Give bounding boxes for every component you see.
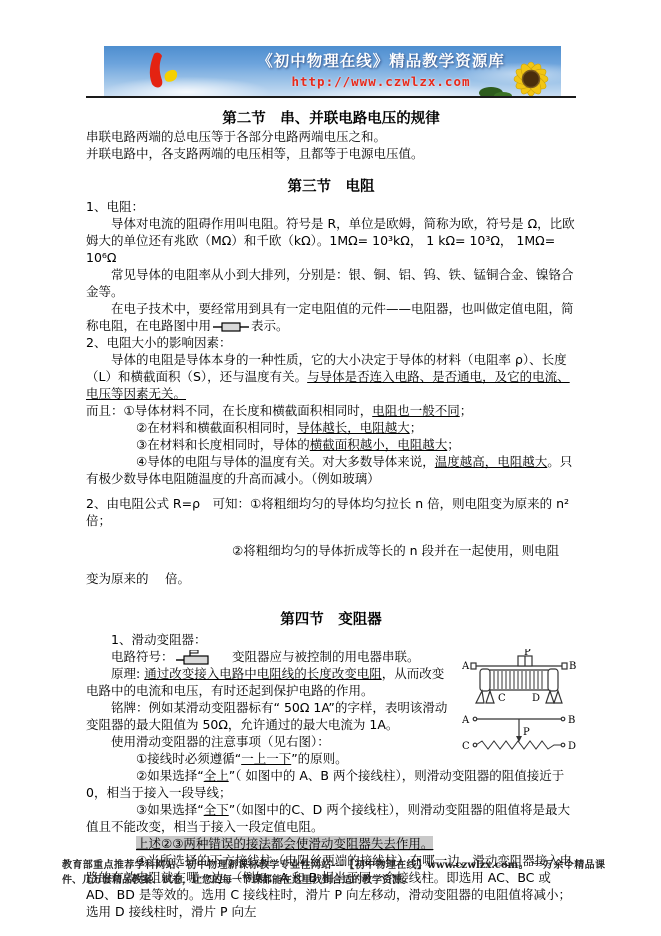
site-logo-icon — [140, 50, 188, 94]
paragraph-text: ④导体的电阻与导体的温度有关。对大多数导体来说， — [136, 454, 435, 469]
list-heading: 1、电阻： — [86, 198, 576, 215]
paragraph-text: 原理: — [111, 666, 144, 681]
list-heading: 1、滑动变阻器： — [86, 631, 576, 648]
list-item: ②如果选择“全上”（ 如图中的 A、B 两个接线柱），则滑动变阻器的阻值接近于0… — [86, 767, 576, 801]
figure-label: D — [532, 693, 540, 704]
paragraph-text: ③在材料和长度相同时，导体的 — [136, 437, 310, 452]
list-item: ③在材料和长度相同时，导体的横截面积越小，电阻越大； — [86, 436, 576, 453]
paragraph-text: ②在材料和横截面积相同时， — [136, 420, 297, 435]
figure-label: P — [524, 649, 531, 658]
list-item: ④导体的电阻与导体的温度有关。对大多数导体来说，温度越高，电阻越大。只有极少数导… — [86, 453, 576, 487]
paragraph-text: 变阻器应与被控制的用电器串联。 — [216, 649, 420, 664]
paragraph-text: ②如果选择“ — [136, 768, 204, 783]
section4-title: 第四节 变阻器 — [86, 611, 576, 629]
paragraph: 导体对电流的阻碍作用叫电阻。符号是 R，单位是欧姆，简称为欧，符号是 Ω，比欧姆… — [86, 215, 576, 266]
underlined-text: 电阻也一般不同 — [372, 403, 460, 418]
underlined-text: 全上 — [204, 768, 229, 783]
figure-label: C — [498, 693, 506, 704]
figure-label: B — [569, 661, 576, 672]
paragraph: 在电子技术中，要经常用到具有一定电阻值的元件——电阻器，也叫做定值电阻，简称电阻… — [86, 300, 576, 334]
paragraph-text: 电路符号： — [111, 649, 174, 664]
resistor-symbol-icon — [213, 322, 249, 332]
underlined-text: 一上一下 — [241, 751, 291, 766]
paragraph-text: ③如果选择“ — [136, 802, 204, 817]
paragraph: 串联电路两端的总电压等于各部分电路两端电压之和。 — [86, 128, 576, 145]
formula-paragraph: 2、由电阻公式 R=ρ 可知：①将粗细均匀的导体均匀拉长 n 倍，则电阻变为原来… — [86, 495, 576, 529]
section3-title: 第三节 电阻 — [86, 178, 576, 196]
figure-label: A — [462, 661, 470, 672]
underlined-text: 温度越高，电阻越大 — [435, 454, 548, 469]
header-rule: 《初中物理在线》精品教学资源库 http://www.czwlzx.com — [86, 46, 576, 98]
page-footer: 教育部重点推荐学科网站、初中物理新课标教学专业性网站---【初中物理在线】www… — [62, 859, 605, 888]
highlighted-note: 上述②③两种错误的接法都会使滑动变阻器失去作用。 — [86, 835, 576, 852]
paragraph-text: 而且：①导体材料不同，在长度和横截面积相同时， — [86, 403, 372, 418]
paragraph-text: ； — [410, 420, 423, 435]
site-banner: 《初中物理在线》精品教学资源库 http://www.czwlzx.com — [104, 46, 561, 96]
paragraph: ②将粗细均匀的导体折成等长的 n 段并在一起使用，则电阻 — [232, 542, 576, 559]
paragraph-text: 表示。 — [251, 318, 289, 333]
document-page: 《初中物理在线》精品教学资源库 http://www.czwlzx.com — [0, 0, 661, 936]
paragraph-text: ①接线时必须遵循“ — [136, 751, 241, 766]
paragraph: 变为原来的 倍。 — [86, 570, 576, 587]
figure-label: B — [568, 715, 575, 726]
paragraph-text: 在电子技术中，要经常用到具有一定电阻值的元件——电阻器，也叫做定值电阻，简称电阻… — [86, 301, 574, 333]
list-item: ③如果选择“全下”（如图中的C、D 两个接线柱），则滑动变阻器的阻值将是最大值且… — [86, 801, 576, 835]
figure-label: A — [462, 715, 470, 726]
highlight-text: 上述②③两种错误的接法都会使滑动变阻器失去作用。 — [136, 836, 433, 851]
underlined-text: 导体越长，电阻越大 — [297, 420, 410, 435]
paragraph: 并联电路中，各支路两端的电压相等，且都等于电源电压值。 — [86, 145, 576, 162]
list-heading: 2、电阻大小的影响因素： — [86, 334, 576, 351]
list-item: ②在材料和横截面积相同时，导体越长，电阻越大； — [86, 419, 576, 436]
paragraph-text: ”的原则。 — [291, 751, 347, 766]
paragraph: 常见导体的电阻率从小到大排列，分别是：银、铜、铝、钨、铁、锰铜合金、镍铬合金等。 — [86, 266, 576, 300]
sunflower-icon — [473, 53, 559, 96]
figure-label: C — [462, 741, 470, 752]
section2-title: 第二节 串、并联电路电压的规律 — [86, 110, 576, 128]
rheostat-figure: P A B C D A B P C D — [462, 649, 576, 755]
underlined-text: 横截面积越小，电阻越大 — [310, 437, 448, 452]
paragraph-text: ； — [447, 437, 460, 452]
underlined-text: 通过改变接入电路中电阻线的长度改变电阻 — [144, 666, 382, 681]
rheostat-symbol-icon — [176, 650, 214, 665]
paragraph-text: ； — [460, 403, 473, 418]
figure-label: P — [523, 727, 530, 738]
figure-label: D — [568, 741, 576, 752]
underlined-text: 全下 — [204, 802, 229, 817]
paragraph: 导体的电阻是导体本身的一种性质，它的大小决定于导体的材料（电阻率 ρ）、长度（L… — [86, 351, 576, 402]
list-item: 而且：①导体材料不同，在长度和横截面积相同时，电阻也一般不同； — [86, 402, 576, 419]
